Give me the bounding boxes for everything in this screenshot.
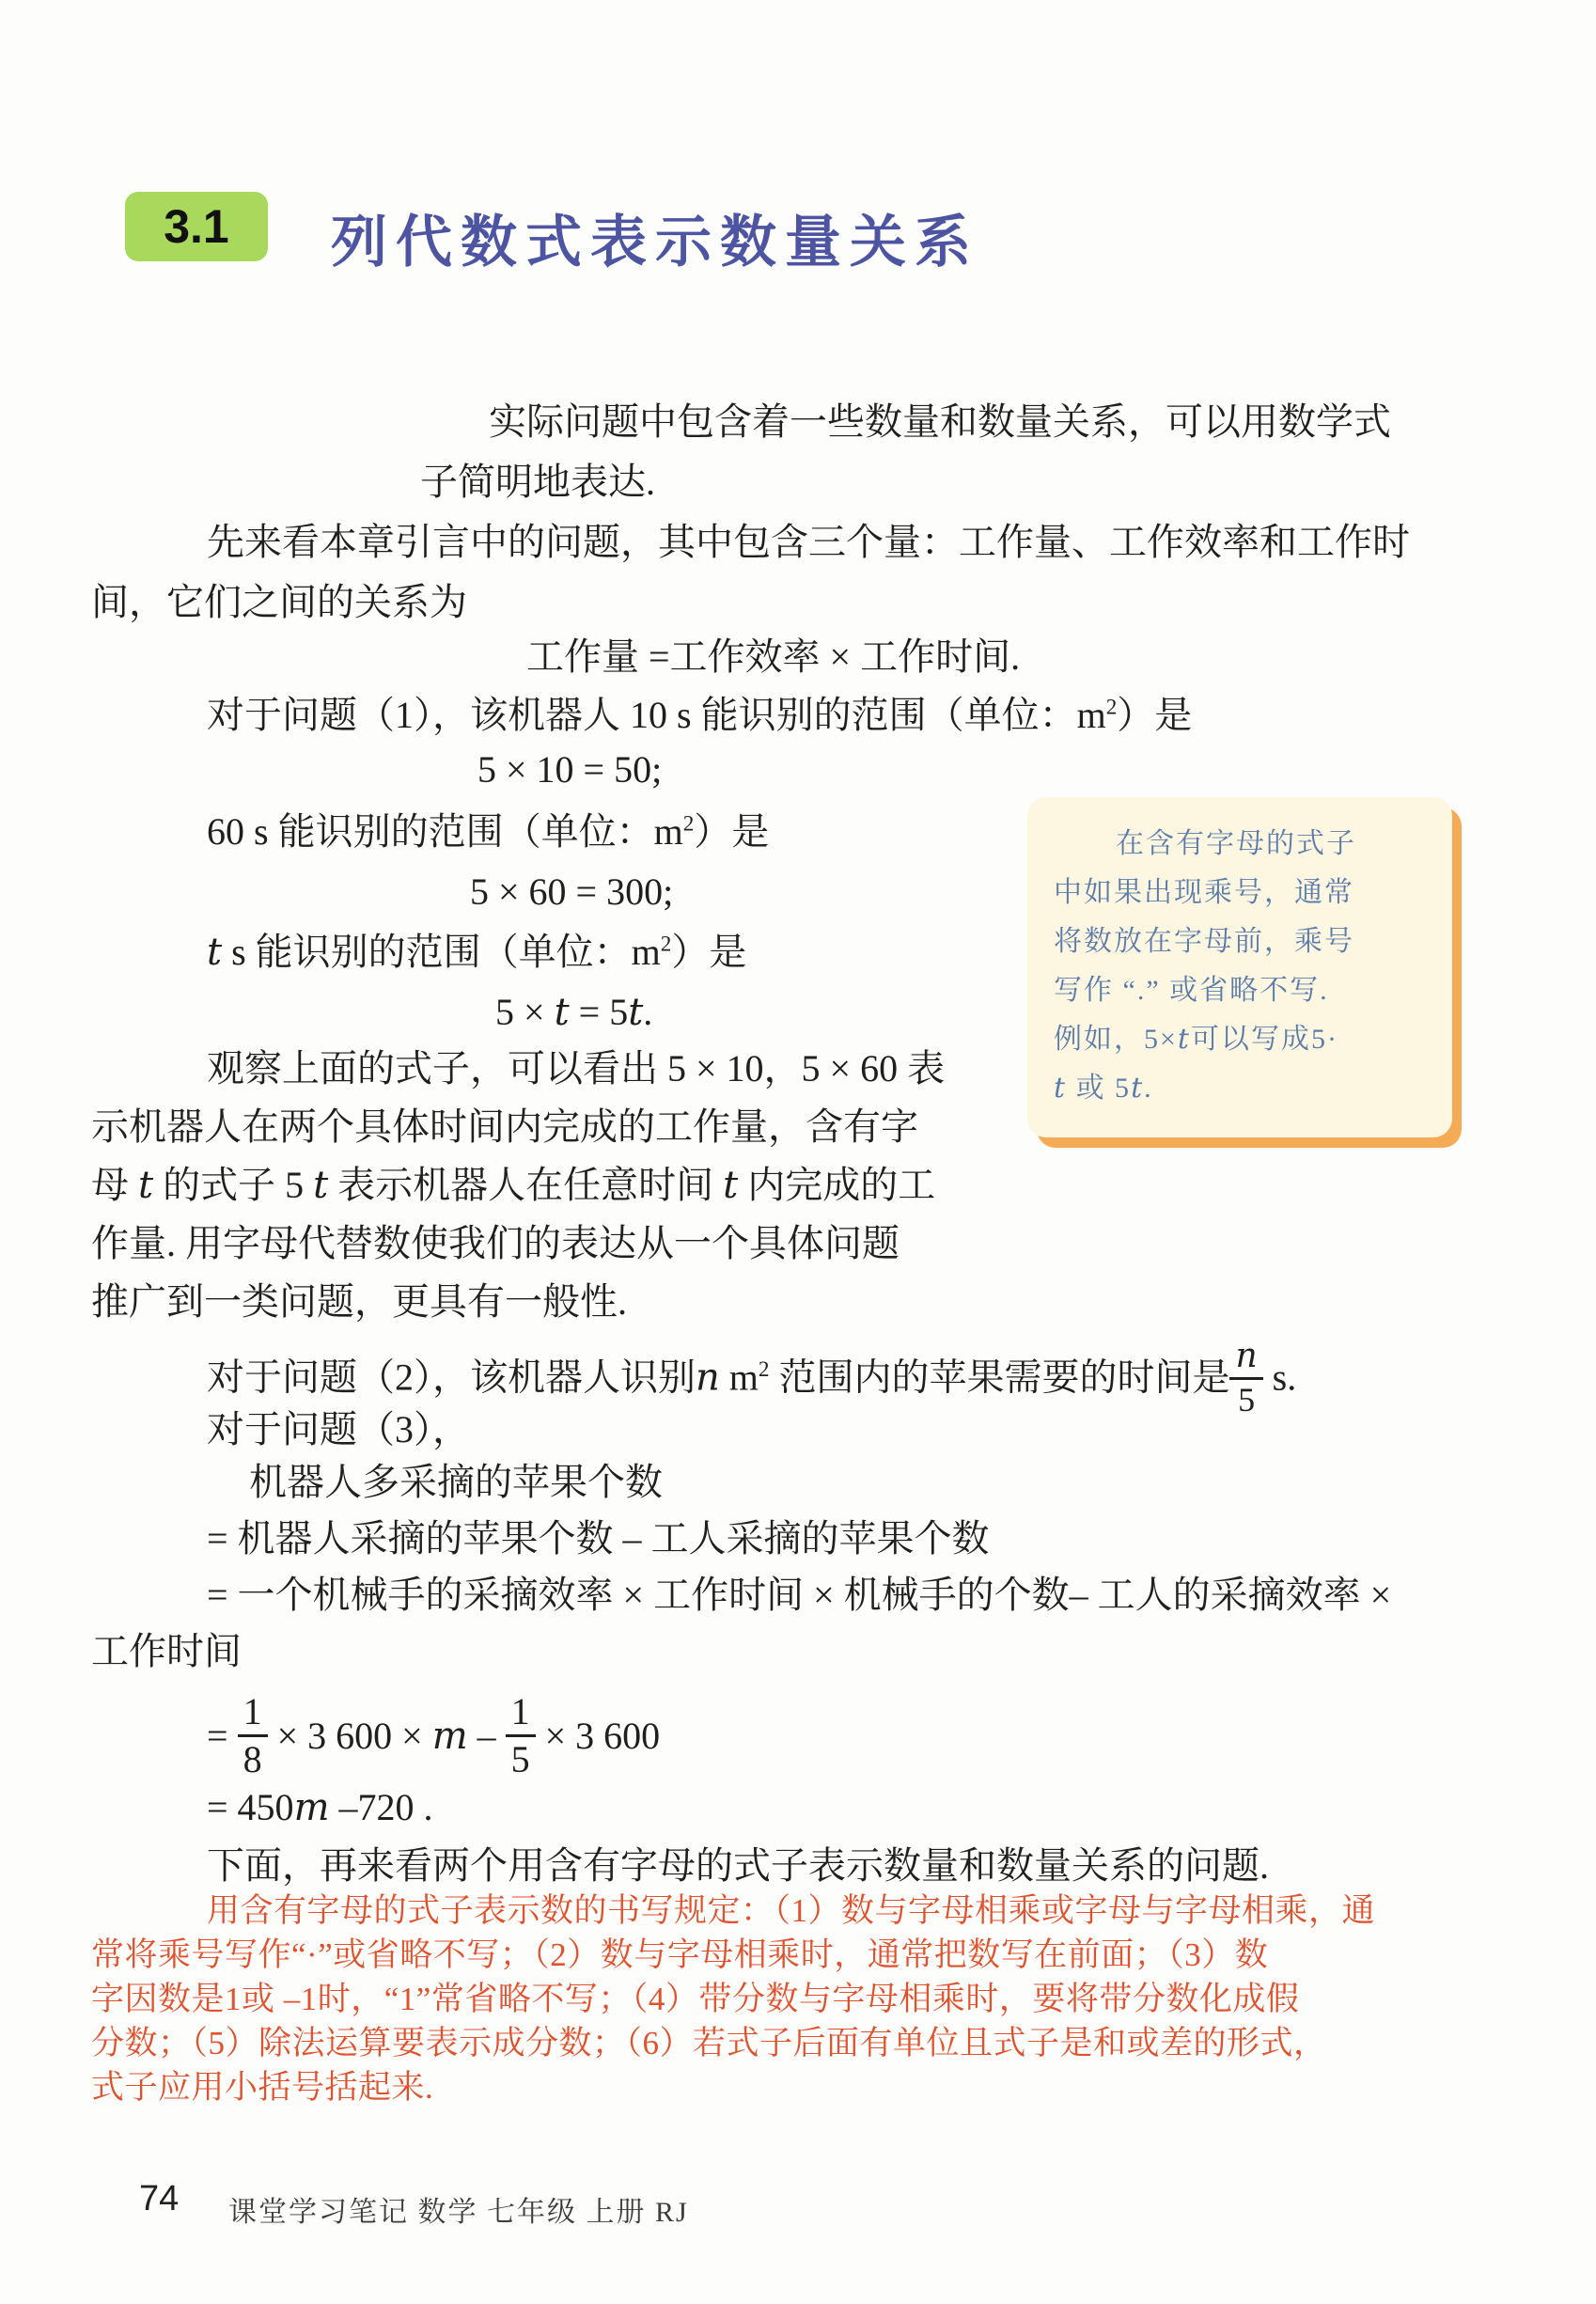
- footer-text: 课堂学习笔记 数学 七年级 上册 RJ: [228, 2188, 689, 2230]
- body-line: 先来看本章引言中的问题，其中包含三个量：工作量、工作效率和工作时: [207, 519, 1410, 566]
- text-run: 对于问题（1），该机器人 10 s 能识别的范围（单位：m: [207, 694, 1106, 736]
- text-run: 5 ×: [495, 991, 555, 1033]
- text-run: ）是: [1117, 694, 1192, 736]
- superscript: 2: [683, 812, 695, 837]
- handwritten-note-line: 常将乘号写作“·”或省略不写；（2）数与字母相乘时，通常把数写在前面；（3）数: [91, 1936, 1268, 1975]
- text-run: 母: [91, 1164, 138, 1206]
- fraction-numerator: n: [1229, 1339, 1262, 1380]
- body-line: 示机器人在两个具体时间内完成的工作量，含有字: [91, 1104, 918, 1151]
- note-line: 将数放在字母前，乘号: [1054, 917, 1426, 966]
- text-run: s 能识别的范围（单位：m: [222, 931, 661, 973]
- fraction-1-over-8: 18: [238, 1692, 268, 1779]
- body-line: = 一个机械手的采摘效率 × 工作时间 × 机械手的个数– 工人的采摘效率 ×: [207, 1572, 1391, 1619]
- handwritten-note-line: 字因数是1或 –1时，“1”常省略不写；（4）带分数与字母相乘时，要将带分数化成…: [91, 1980, 1299, 2019]
- intro-line: 子简明地表达.: [420, 459, 655, 506]
- body-line: 工作时间: [91, 1628, 242, 1675]
- fraction-denominator: 5: [1229, 1380, 1262, 1418]
- text-run: 可以写成5·: [1191, 1024, 1338, 1055]
- body-line: 观察上面的式子，可以看出 5 × 10，5 × 60 表: [207, 1045, 945, 1092]
- variable-t: t: [207, 931, 222, 974]
- note-line: 例如，5×t可以写成5·: [1054, 1015, 1426, 1064]
- variable-t: t: [628, 991, 643, 1034]
- body-line: 母 t 的式子 5 t 表示机器人在任意时间 t 内完成的工: [91, 1162, 935, 1209]
- section-number-badge: 3.1: [125, 192, 268, 261]
- handwritten-note-line: 分数；（5）除法运算要表示成分数；（6）若式子后面有单位且式子是和或差的形式，: [91, 2024, 1327, 2063]
- body-line: 间，它们之间的关系为: [91, 579, 467, 626]
- variable-t: t: [1054, 1072, 1067, 1105]
- work-formula: 工作量 =工作效率 × 工作时间.: [526, 634, 1020, 681]
- body-line: 下面，再来看两个用含有字母的式子表示数量和数量关系的问题.: [207, 1842, 1269, 1889]
- text-run: × 3 600 ×: [268, 1715, 432, 1757]
- note-line: 写作 “.” 或省略不写.: [1054, 966, 1426, 1015]
- text-run: = 5: [570, 991, 629, 1033]
- text-run: .: [643, 991, 652, 1033]
- section-title: 列代数式表示数量关系: [331, 197, 979, 278]
- calculation-line: = 18 × 3 600 × m – 15 × 3 600: [207, 1692, 660, 1779]
- margin-note: 在含有字母的式子 中如果出现乘号，通常 将数放在字母前，乘号 写作 “.” 或省…: [1027, 797, 1452, 1137]
- note-line: 在含有字母的式子: [1054, 820, 1426, 869]
- text-run: = 450: [207, 1786, 294, 1828]
- text-run: ）是: [671, 931, 746, 973]
- intro-line: 实际问题中包含着一些数量和数量关系，可以用数学式: [489, 399, 1391, 446]
- text-run: × 3 600: [536, 1715, 661, 1757]
- variable-t: t: [313, 1164, 328, 1207]
- text-run: 60 s 能识别的范围（单位：m: [207, 810, 683, 853]
- text-run: 或 5: [1067, 1073, 1131, 1104]
- body-line: = 机器人采摘的苹果个数 – 工人采摘的苹果个数: [207, 1515, 990, 1562]
- calculation-result-line: = 450m –720 .: [207, 1784, 433, 1831]
- variable-n: n: [696, 1356, 720, 1399]
- variable-t: t: [1131, 1072, 1144, 1105]
- text-run: .: [1144, 1073, 1153, 1104]
- fraction-1-over-5: 15: [506, 1692, 536, 1779]
- body-line: 作量. 用字母代替数使我们的表达从一个具体问题: [91, 1220, 900, 1267]
- equation-line: 5 × t = 5t.: [495, 989, 652, 1036]
- text-run: 表示机器人在任意时间: [328, 1164, 723, 1206]
- text-run: –: [468, 1715, 506, 1757]
- equation-line: 5 × 60 = 300;: [470, 869, 673, 916]
- fraction-n-over-5: n5: [1229, 1339, 1262, 1418]
- body-line: t s 能识别的范围（单位：m2）是: [207, 929, 746, 976]
- body-line: 对于问题（3），: [207, 1406, 470, 1453]
- text-run: =: [207, 1715, 238, 1757]
- section-number: 3.1: [164, 199, 229, 254]
- note-line: t 或 5t.: [1054, 1064, 1426, 1113]
- fraction-numerator: 1: [506, 1692, 536, 1737]
- fraction-numerator: 1: [238, 1692, 268, 1737]
- note-line: 中如果出现乘号，通常: [1054, 869, 1426, 917]
- text-run: 内完成的工: [738, 1164, 935, 1206]
- fraction-denominator: 5: [506, 1737, 536, 1779]
- variable-m: m: [294, 1786, 330, 1829]
- text-run: 范围内的苹果需要的时间是: [769, 1356, 1229, 1398]
- text-run: –720 .: [330, 1786, 433, 1828]
- fraction-denominator: 8: [238, 1737, 268, 1779]
- text-run: s.: [1263, 1356, 1297, 1398]
- equation-line: 5 × 10 = 50;: [477, 746, 662, 793]
- variable-t: t: [555, 991, 570, 1034]
- text-run: 的式子 5: [153, 1164, 313, 1206]
- text-run: 例如，5×: [1054, 1024, 1178, 1055]
- superscript: 2: [661, 933, 672, 957]
- variable-t: t: [1178, 1023, 1191, 1056]
- body-line: 推广到一类问题，更具有一般性.: [91, 1278, 627, 1325]
- variable-t: t: [723, 1164, 738, 1207]
- superscript: 2: [1106, 696, 1118, 720]
- text-run: m: [720, 1356, 759, 1398]
- page-number: 74: [139, 2179, 179, 2219]
- handwritten-note-line: 式子应用小括号括起来.: [91, 2068, 433, 2108]
- body-line: 对于问题（1），该机器人 10 s 能识别的范围（单位：m2）是: [207, 692, 1192, 739]
- body-line: 60 s 能识别的范围（单位：m2）是: [207, 808, 769, 855]
- superscript: 2: [759, 1357, 770, 1382]
- text-run: ）是: [694, 810, 769, 853]
- text-run: 对于问题（2），该机器人识别: [207, 1356, 696, 1398]
- variable-t: t: [138, 1164, 153, 1207]
- body-line: 机器人多采摘的苹果个数: [249, 1459, 663, 1506]
- variable-m: m: [432, 1715, 468, 1758]
- textbook-page: 3.1 列代数式表示数量关系 实际问题中包含着一些数量和数量关系，可以用数学式 …: [0, 0, 1596, 2304]
- handwritten-note-line: 用含有字母的式子表示数的书写规定：（1）数与字母相乘或字母与字母相乘，通: [207, 1891, 1375, 1931]
